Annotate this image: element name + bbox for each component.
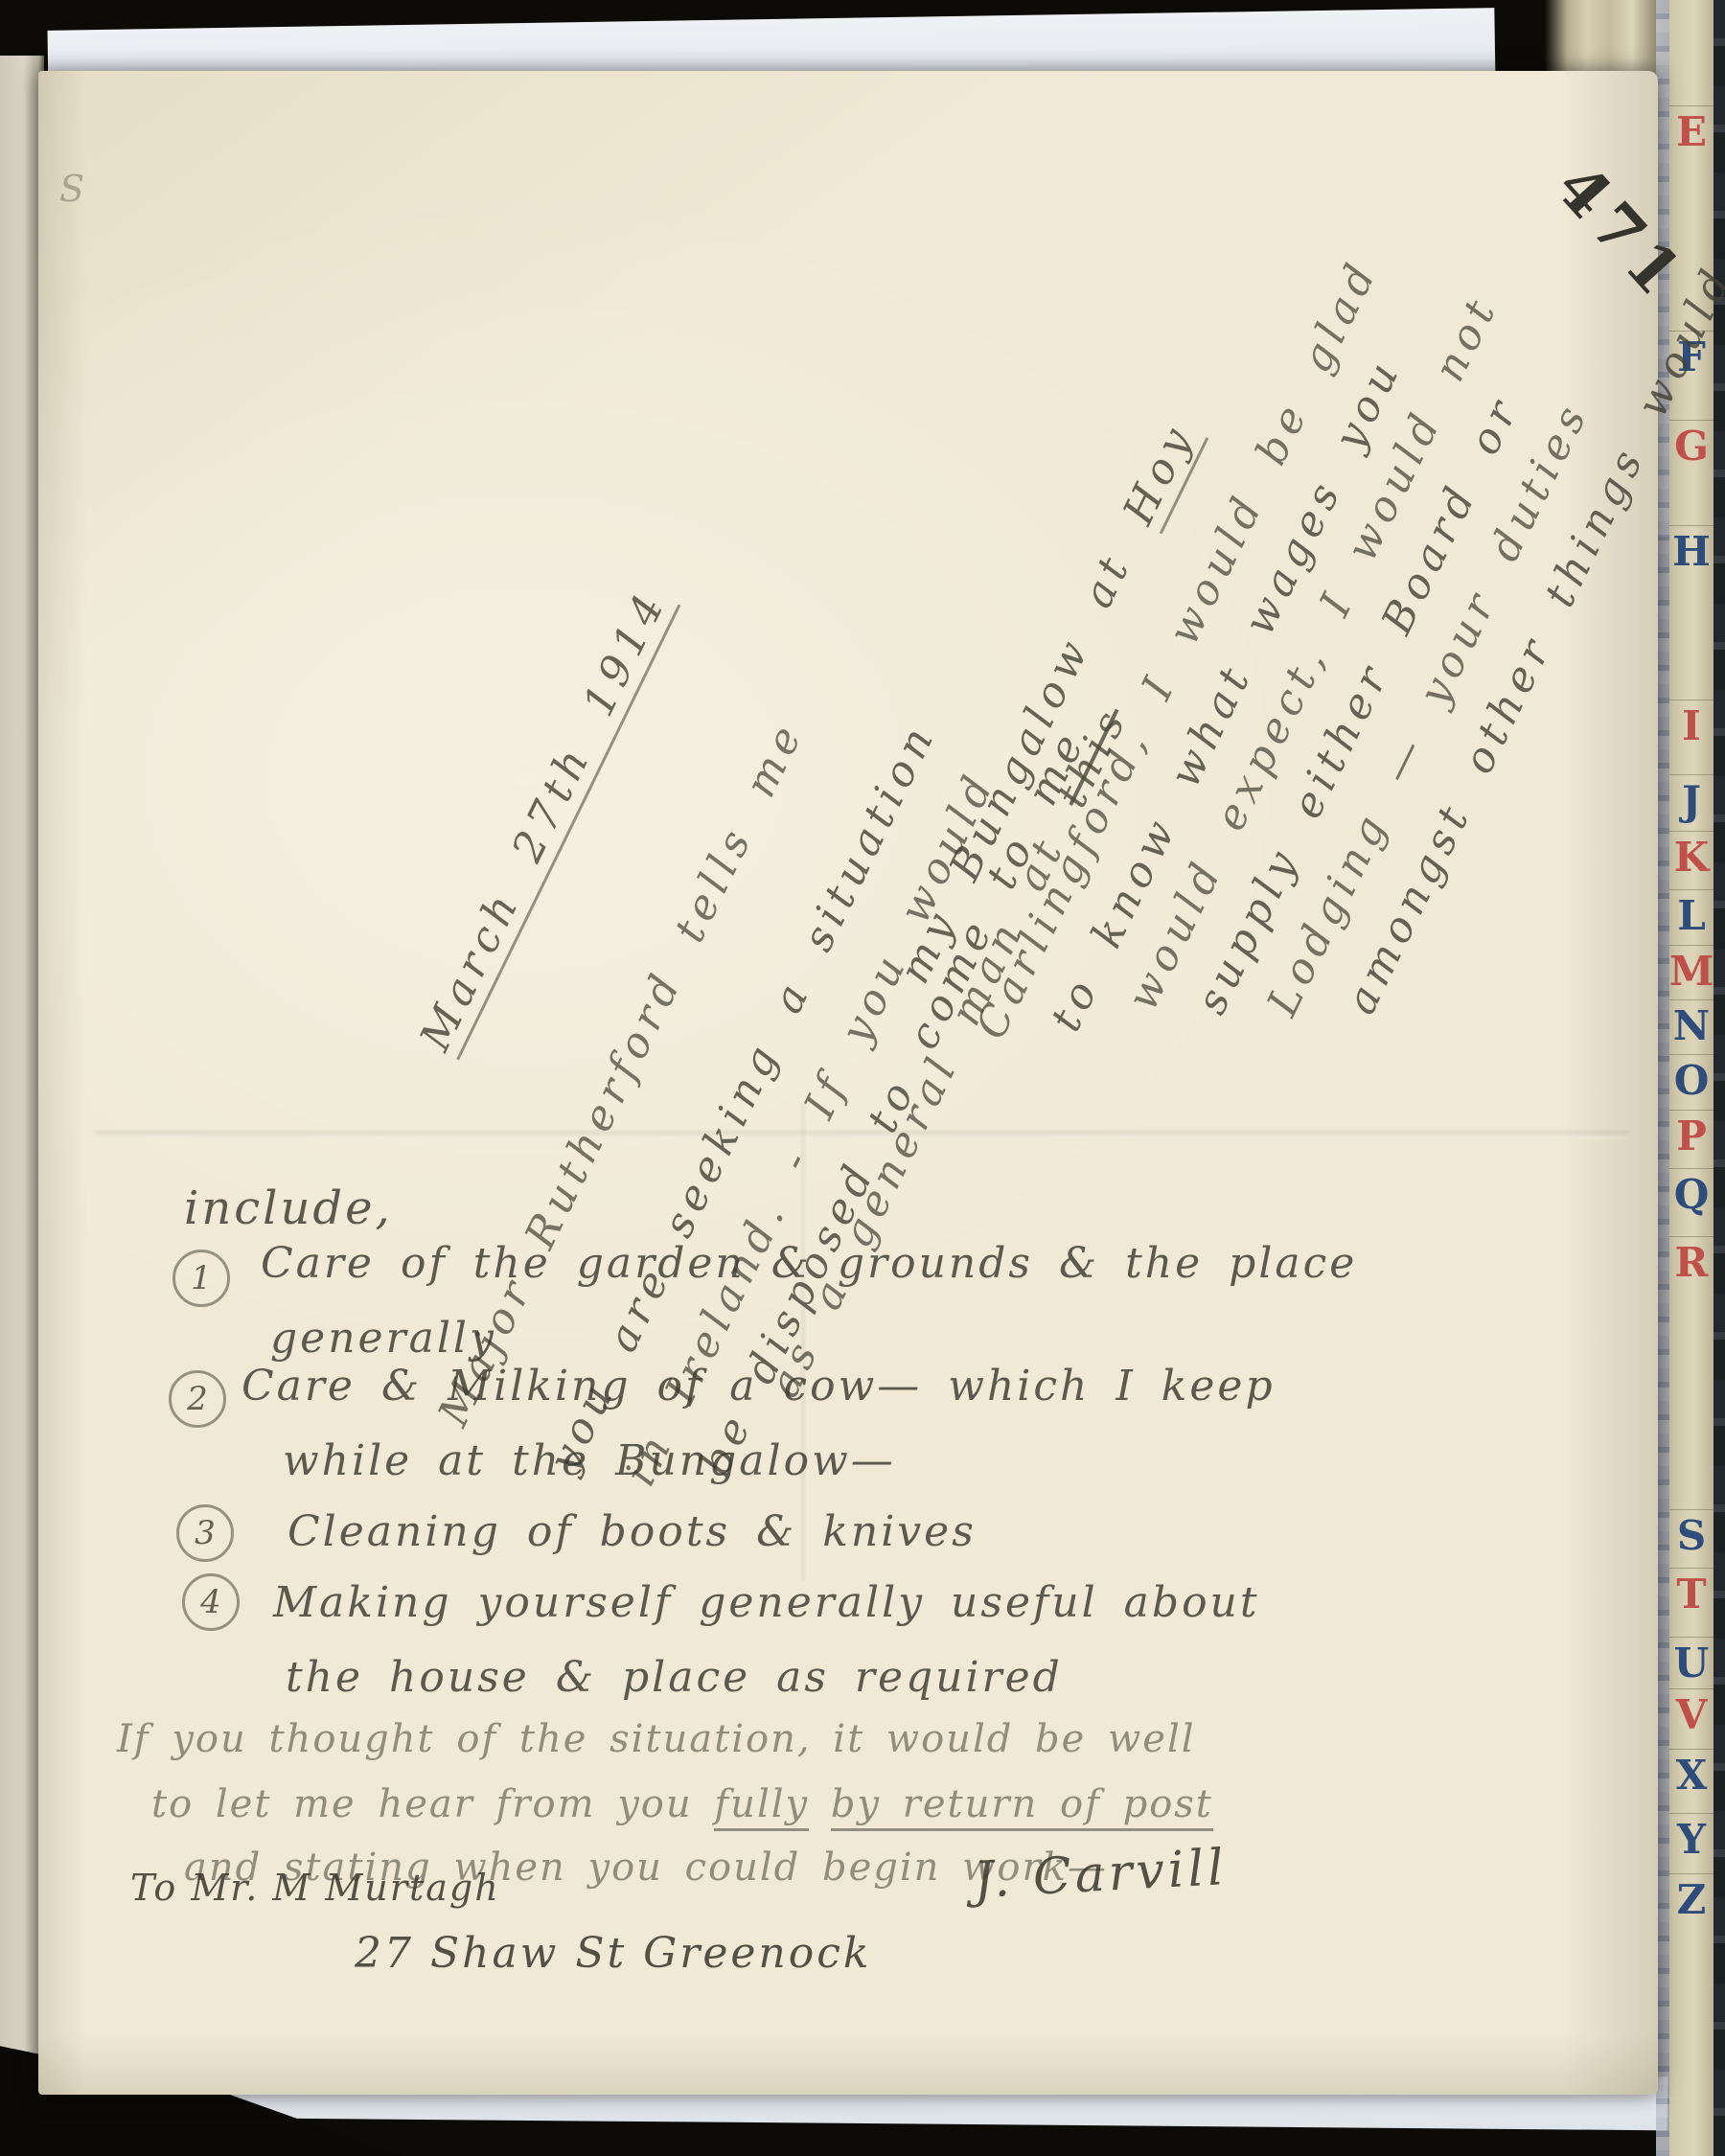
index-tab-s: S [1669,1509,1713,1569]
index-tab-z: Z [1669,1873,1713,1936]
index-tab-letter: G [1669,426,1713,467]
index-tab-letter: E [1669,112,1713,152]
index-tab-letter: N [1669,1006,1713,1046]
duty-line: Care & Milking of a cow— which I keep [241,1361,1276,1412]
duty-number: 1 [172,1250,230,1307]
duty-number: 4 [182,1573,240,1631]
index-tab-q: Q [1669,1168,1713,1237]
index-tab-letter: H [1669,532,1713,572]
index-tab-letter: X [1669,1755,1713,1796]
index-tab-letter: K [1669,837,1713,878]
index-tab-letter: Y [1669,1820,1713,1860]
duty-number: 2 [169,1370,226,1428]
closing-line: If you thought of the situation, it woul… [117,1715,1196,1763]
index-tab-y: Y [1669,1813,1713,1874]
index-tab-letter: O [1669,1061,1713,1101]
index-tab-letter: I [1669,706,1713,746]
index-tab-l: L [1669,889,1713,946]
index-tab-letter: M [1669,952,1713,992]
duty-line: Cleaning of boots & knives [287,1506,977,1558]
index-tab-o: O [1669,1054,1713,1111]
index-tab-letter: L [1669,896,1713,936]
index-tab-g: G [1669,420,1713,526]
closing-line: to let me hear from you fully by return … [151,1780,1213,1828]
index-tab-letter: P [1669,1116,1713,1157]
scanned-letter-page: { "page_number": "471", "pencil_mark": "… [0,0,1725,2156]
index-tab-letter: J [1669,781,1713,821]
index-tab-m: M [1669,945,1713,1000]
text-segment: to let me hear from you [151,1782,714,1826]
index-tab-p: P [1669,1110,1713,1169]
index-tab-k: K [1669,831,1713,890]
text-segment: If you thought of the situation, it woul… [117,1717,1196,1761]
duty-line: Care of the garden & grounds & the place [261,1238,1357,1290]
duty-line: generally [270,1313,496,1365]
index-tab-i: I [1669,700,1713,775]
duty-line: while at the Bungalow— [283,1435,896,1487]
index-tab-x: X [1669,1749,1713,1814]
index-tab-t: T [1669,1568,1713,1638]
text-segment: fully [714,1782,809,1831]
index-tab-letter: V [1669,1695,1713,1735]
duty-line: Making yourself generally useful about [273,1577,1260,1629]
index-tab-u: U [1669,1637,1713,1689]
index-tab-letter: S [1669,1516,1713,1556]
index-tab-r: R [1669,1236,1713,1510]
duty-number: 3 [176,1504,234,1562]
index-tab-j: J [1669,774,1713,832]
index-tab-v: V [1669,1688,1713,1750]
index-tab-n: N [1669,999,1713,1055]
index-tab-letter: U [1669,1643,1713,1684]
text-segment [809,1782,831,1826]
stray-pencil-mark: S [59,171,84,207]
addressee-line: To Mr. M Murtagh [130,1865,500,1911]
index-tab-letter: T [1669,1574,1713,1615]
text-segment: by return of post [831,1782,1213,1831]
index-tab-letter: Q [1669,1175,1713,1215]
index-tab-letter: Z [1669,1880,1713,1920]
index-tab-h: H [1669,525,1713,700]
letter-intro: include, [184,1182,393,1234]
duty-line: the house & place as required [286,1652,1063,1704]
index-tab-letter: R [1669,1243,1713,1283]
address-line: 27 Shaw St Greenock [355,1928,872,1980]
